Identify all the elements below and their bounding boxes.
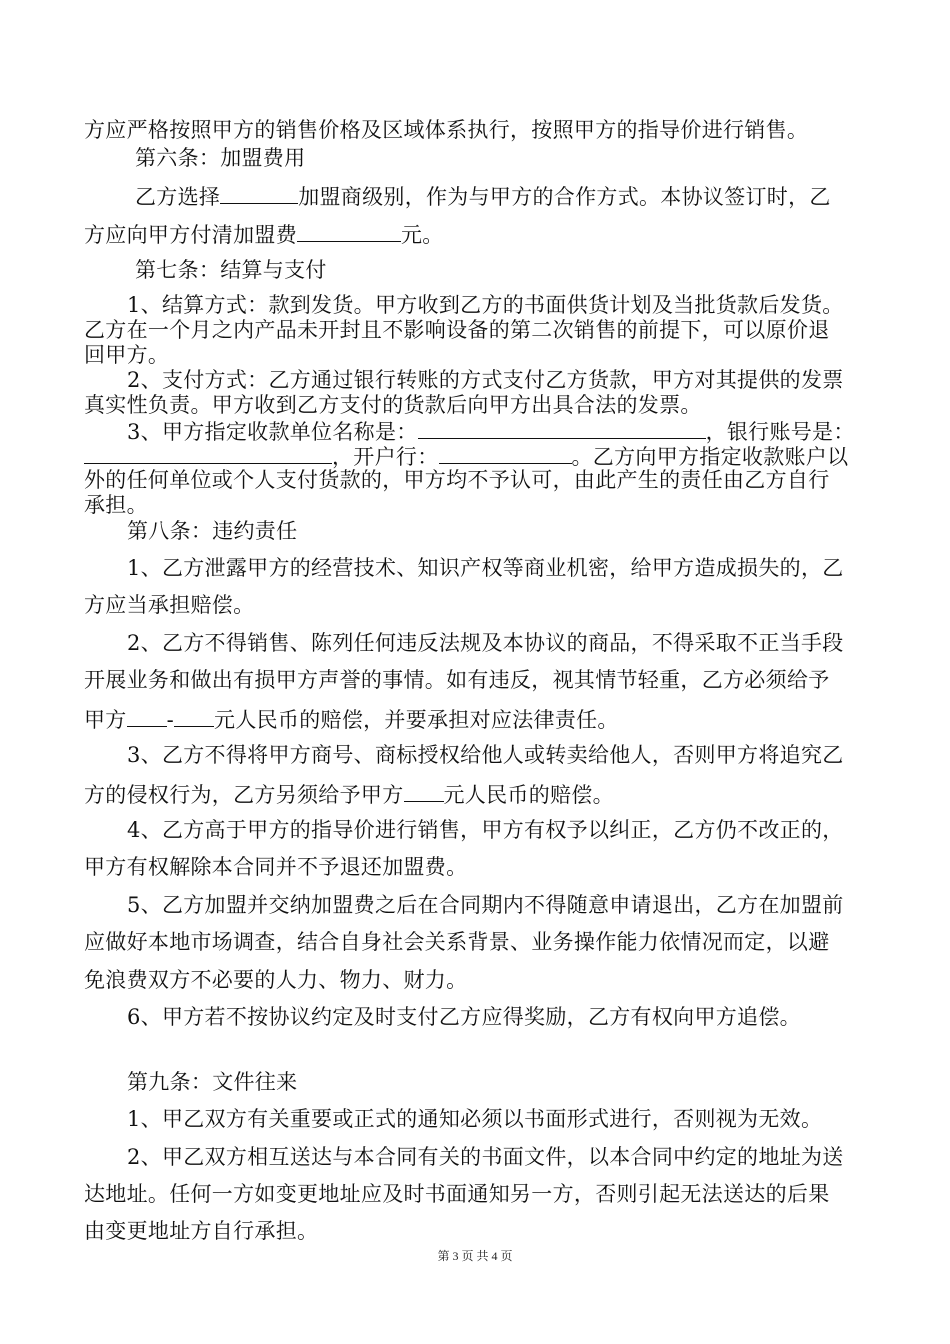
- text: ，银行账号是：: [706, 420, 855, 444]
- fill-blank-level[interactable]: [220, 183, 298, 204]
- paragraph-line: 6、甲方若不按协议约定及时支付乙方应得奖励，乙方有权向甲方追偿。: [127, 1005, 801, 1029]
- paragraph-line: 承担。: [84, 493, 148, 517]
- text: 元人民币的赔偿。: [444, 783, 614, 807]
- paragraph-line: 2、甲乙双方相互送达与本合同有关的书面文件，以本合同中约定的地址为送: [127, 1145, 844, 1169]
- paragraph-line: 开展业务和做出有损甲方声誉的事情。如有违反，视其情节轻重，乙方必须给予: [84, 668, 830, 692]
- text: 元人民币的赔偿，并要承担对应法律责任。: [214, 708, 619, 732]
- paragraph-line: 免浪费双方不必要的人力、物力、财力。: [84, 968, 467, 992]
- fill-blank-payee-name[interactable]: [418, 418, 706, 439]
- text: 。乙方向甲方指定收款账户以: [572, 445, 849, 469]
- article-6-title: 第六条：加盟费用: [135, 146, 305, 170]
- text: 方应向甲方付清加盟费: [84, 223, 297, 247]
- text: 元。: [401, 223, 444, 247]
- paragraph-line: 甲方有权解除本合同并不予退还加盟费。: [84, 855, 467, 879]
- paragraph-line: 5、乙方加盟并交纳加盟费之后在合同期内不得随意申请退出，乙方在加盟前: [127, 893, 844, 917]
- paragraph-line: 真实性负责。甲方收到乙方支付的货款后向甲方出具合法的发票。: [84, 393, 702, 417]
- paragraph-line: 乙方在一个月之内产品未开封且不影响设备的第二次销售的前提下，可以原价退: [84, 318, 830, 342]
- text: 甲方: [84, 708, 127, 732]
- paragraph-line: 由变更地址方自行承担。: [84, 1219, 318, 1243]
- article-9-title: 第九条：文件往来: [127, 1070, 297, 1094]
- fill-blank-infringement-amount[interactable]: [404, 781, 444, 802]
- paragraph-line: ，开户行：。乙方向甲方指定收款账户以: [84, 443, 848, 469]
- paragraph-line: 4、乙方高于甲方的指导价进行销售，甲方有权予以纠正，乙方仍不改正的，: [127, 818, 844, 842]
- paragraph-line: 甲方-元人民币的赔偿，并要承担对应法律责任。: [84, 706, 619, 732]
- text: ，开户行：: [332, 445, 439, 469]
- text: 3、甲方指定收款单位名称是：: [127, 420, 418, 444]
- paragraph-line: 外的任何单位或个人支付货款的，甲方均不予认可，由此产生的责任由乙方自行: [84, 468, 830, 492]
- article-8-title: 第八条：违约责任: [127, 519, 297, 543]
- paragraph-line: 乙方选择加盟商级别，作为与甲方的合作方式。本协议签订时，乙: [135, 183, 831, 209]
- article-7-title: 第七条：结算与支付: [135, 258, 327, 282]
- paragraph-line: 1、乙方泄露甲方的经营技术、知识产权等商业机密，给甲方造成损失的，乙: [127, 556, 844, 580]
- fill-blank-min-amount[interactable]: [127, 706, 167, 727]
- fill-blank-max-amount[interactable]: [174, 706, 214, 727]
- fill-blank-account-number[interactable]: [84, 443, 332, 464]
- paragraph-line: 应做好本地市场调查，结合自身社会关系背景、业务操作能力依情况而定，以避: [84, 930, 830, 954]
- fill-blank-fee[interactable]: [297, 221, 401, 242]
- paragraph-line: 1、甲乙双方有关重要或正式的通知必须以书面形式进行，否则视为无效。: [127, 1107, 822, 1131]
- page-footer: 第 3 页 共 4 页: [0, 1247, 950, 1264]
- paragraph-line: 3、甲方指定收款单位名称是：，银行账号是：: [127, 418, 855, 444]
- paragraph-line: 3、乙方不得将甲方商号、商标授权给他人或转卖给他人，否则甲方将追究乙: [127, 743, 844, 767]
- text: -: [167, 708, 174, 732]
- paragraph-line: 2、支付方式：乙方通过银行转账的方式支付乙方货款，甲方对其提供的发票: [127, 368, 844, 392]
- paragraph-line: 方的侵权行为，乙方另须给予甲方元人民币的赔偿。: [84, 781, 614, 807]
- paragraph-line: 方应当承担赔偿。: [84, 593, 254, 617]
- text: 乙方选择: [135, 185, 220, 209]
- paragraph-line: 1、结算方式：款到发货。甲方收到乙方的书面供货计划及当批货款后发货。: [127, 293, 844, 317]
- paragraph-line: 方应向甲方付清加盟费元。: [84, 221, 444, 247]
- paragraph-line: 方应严格按照甲方的销售价格及区域体系执行，按照甲方的指导价进行销售。: [84, 118, 808, 142]
- text: 加盟商级别，作为与甲方的合作方式。本协议签订时，乙: [298, 185, 831, 209]
- text: 方的侵权行为，乙方另须给予甲方: [84, 783, 404, 807]
- paragraph-line: 2、乙方不得销售、陈列任何违反法规及本协议的商品，不得采取不正当手段: [127, 631, 844, 655]
- paragraph-line: 达地址。任何一方如变更地址应及时书面通知另一方，否则引起无法送达的后果: [84, 1182, 830, 1206]
- paragraph-line: 回甲方。: [84, 343, 169, 367]
- fill-blank-bank[interactable]: [439, 443, 572, 464]
